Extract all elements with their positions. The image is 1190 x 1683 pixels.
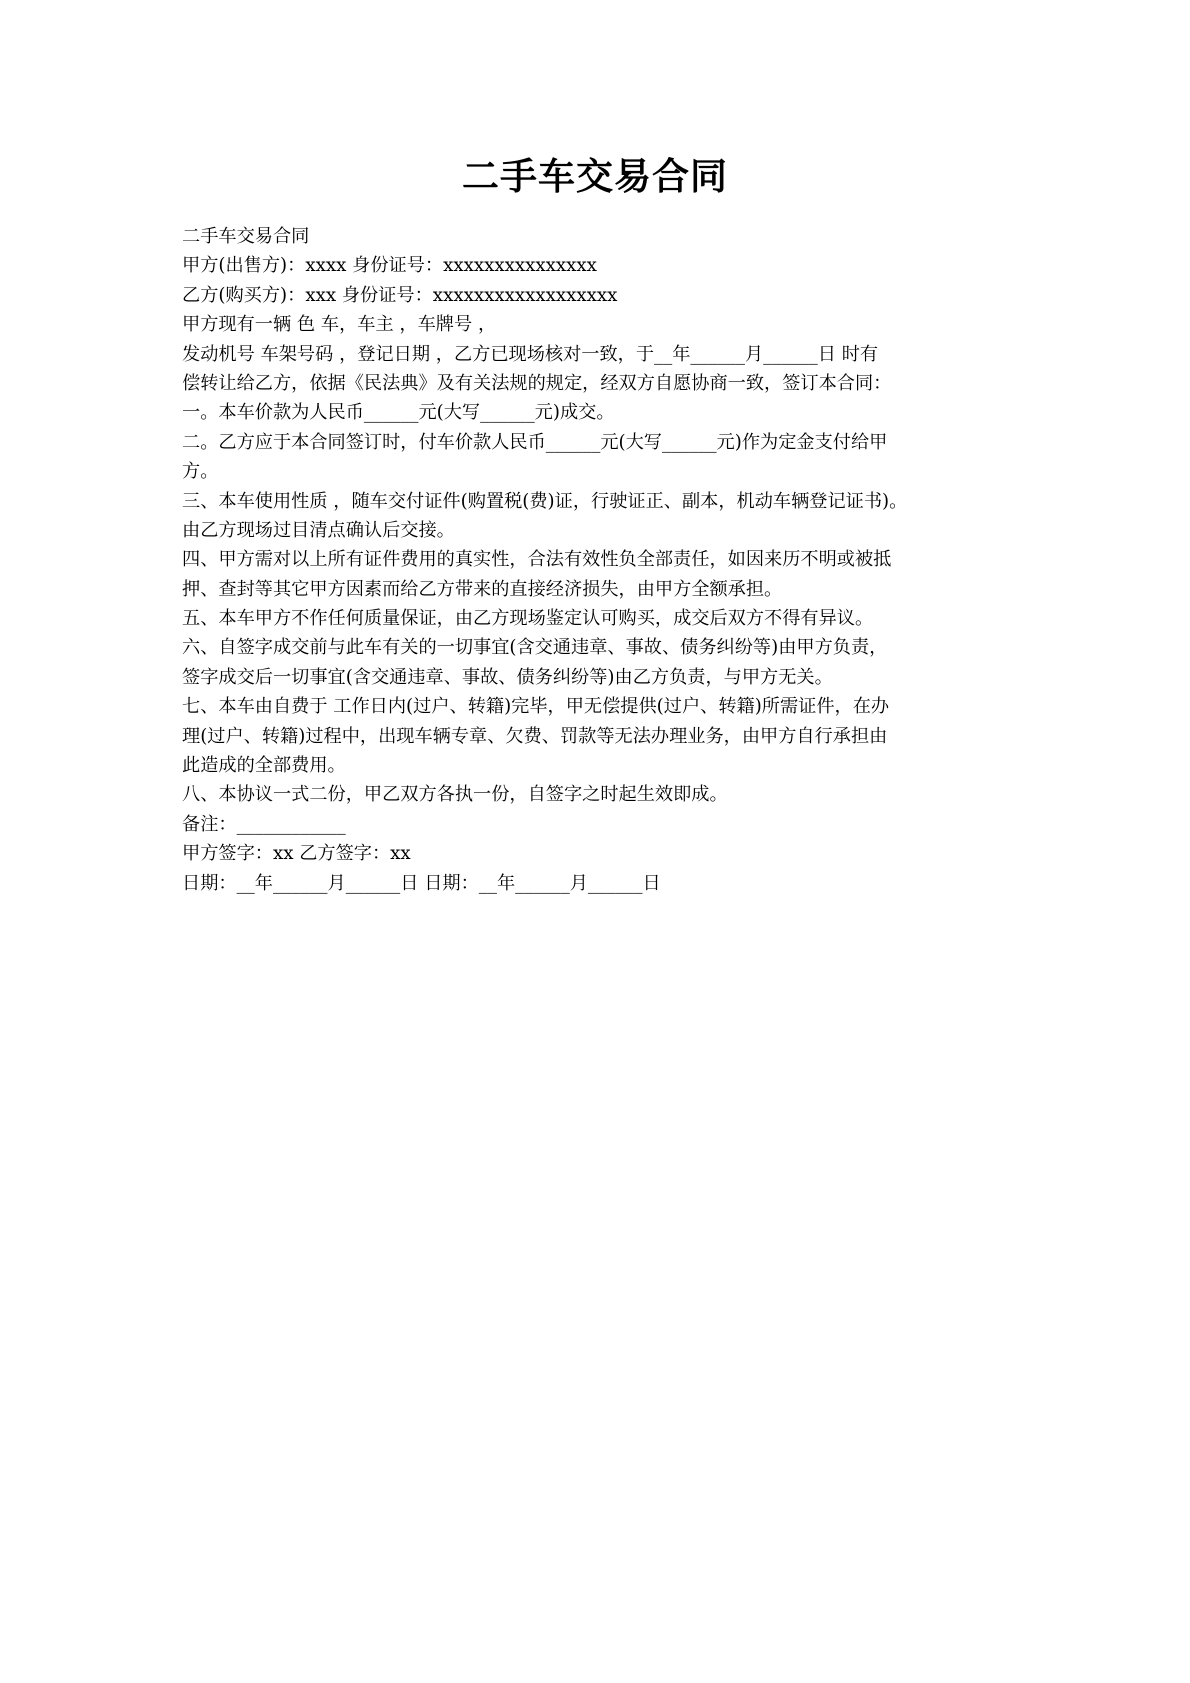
clause-4: 四、甲方需对以上所有证件费用的真实性，合法有效性负全部责任，如因来历不明或被抵 [182, 545, 1027, 574]
preamble-line: 偿转让给乙方，依据《民法典》及有关法规的规定，经双方自愿协商一致，签订本合同： [182, 369, 1027, 398]
clause-7-end: 此造成的全部费用。 [182, 751, 1027, 780]
date-line: 日期：__年______月______日 日期：__年______月______… [182, 869, 1027, 898]
clause-2: 二。乙方应于本合同签订时，付车价款人民币______元(大写______元)作为… [182, 428, 1027, 457]
vehicle-info-line: 甲方现有一辆 色 车，车主 ，车牌号 ， [182, 310, 1027, 339]
clause-4-cont: 押、查封等其它甲方因素而给乙方带来的直接经济损失，由甲方全额承担。 [182, 575, 1027, 604]
signature-line: 甲方签字：xx 乙方签字：xx [182, 839, 1027, 868]
clause-3: 三、本车使用性质 ，随车交付证件(购置税(费)证，行驶证正、副本，机动车辆登记证… [182, 487, 1027, 516]
document-page: 二手车交易合同 二手车交易合同 甲方(出售方)：xxxx 身份证号：xxxxxx… [0, 0, 1190, 1683]
document-title: 二手车交易合同 [0, 152, 1190, 202]
clause-5: 五、本车甲方不作任何质量保证，由乙方现场鉴定认可购买，成交后双方不得有异议。 [182, 604, 1027, 633]
clause-1: 一。本车价款为人民币______元(大写______元)成交。 [182, 398, 1027, 427]
clause-6: 六、自签字成交前与此车有关的一切事宜(含交通违章、事故、债务纠纷等)由甲方负责， [182, 633, 1027, 662]
clause-6-cont: 签字成交后一切事宜(含交通违章、事故、债务纠纷等)由乙方负责，与甲方无关。 [182, 663, 1027, 692]
clause-7-cont: 理(过户、转籍)过程中，出现车辆专章、欠费、罚款等无法办理业务，由甲方自行承担由 [182, 722, 1027, 751]
subtitle-line: 二手车交易合同 [182, 222, 1027, 251]
clause-2-cont: 方。 [182, 457, 1027, 486]
document-body: 二手车交易合同 甲方(出售方)：xxxx 身份证号：xxxxxxxxxxxxxx… [182, 222, 1027, 898]
clause-7: 七、本车由自费于 工作日内(过户、转籍)完毕，甲无偿提供(过户、转籍)所需证件，… [182, 692, 1027, 721]
remarks-line: 备注：____________ [182, 810, 1027, 839]
vehicle-detail-line: 发动机号 车架号码 ，登记日期 ，乙方已现场核对一致，于__年______月__… [182, 340, 1027, 369]
seller-info-line: 甲方(出售方)：xxxx 身份证号：xxxxxxxxxxxxxxx [182, 251, 1027, 280]
clause-3-cont: 由乙方现场过目清点确认后交接。 [182, 516, 1027, 545]
clause-8: 八、本协议一式二份，甲乙双方各执一份，自签字之时起生效即成。 [182, 780, 1027, 809]
buyer-info-line: 乙方(购买方)：xxx 身份证号：xxxxxxxxxxxxxxxxxx [182, 281, 1027, 310]
